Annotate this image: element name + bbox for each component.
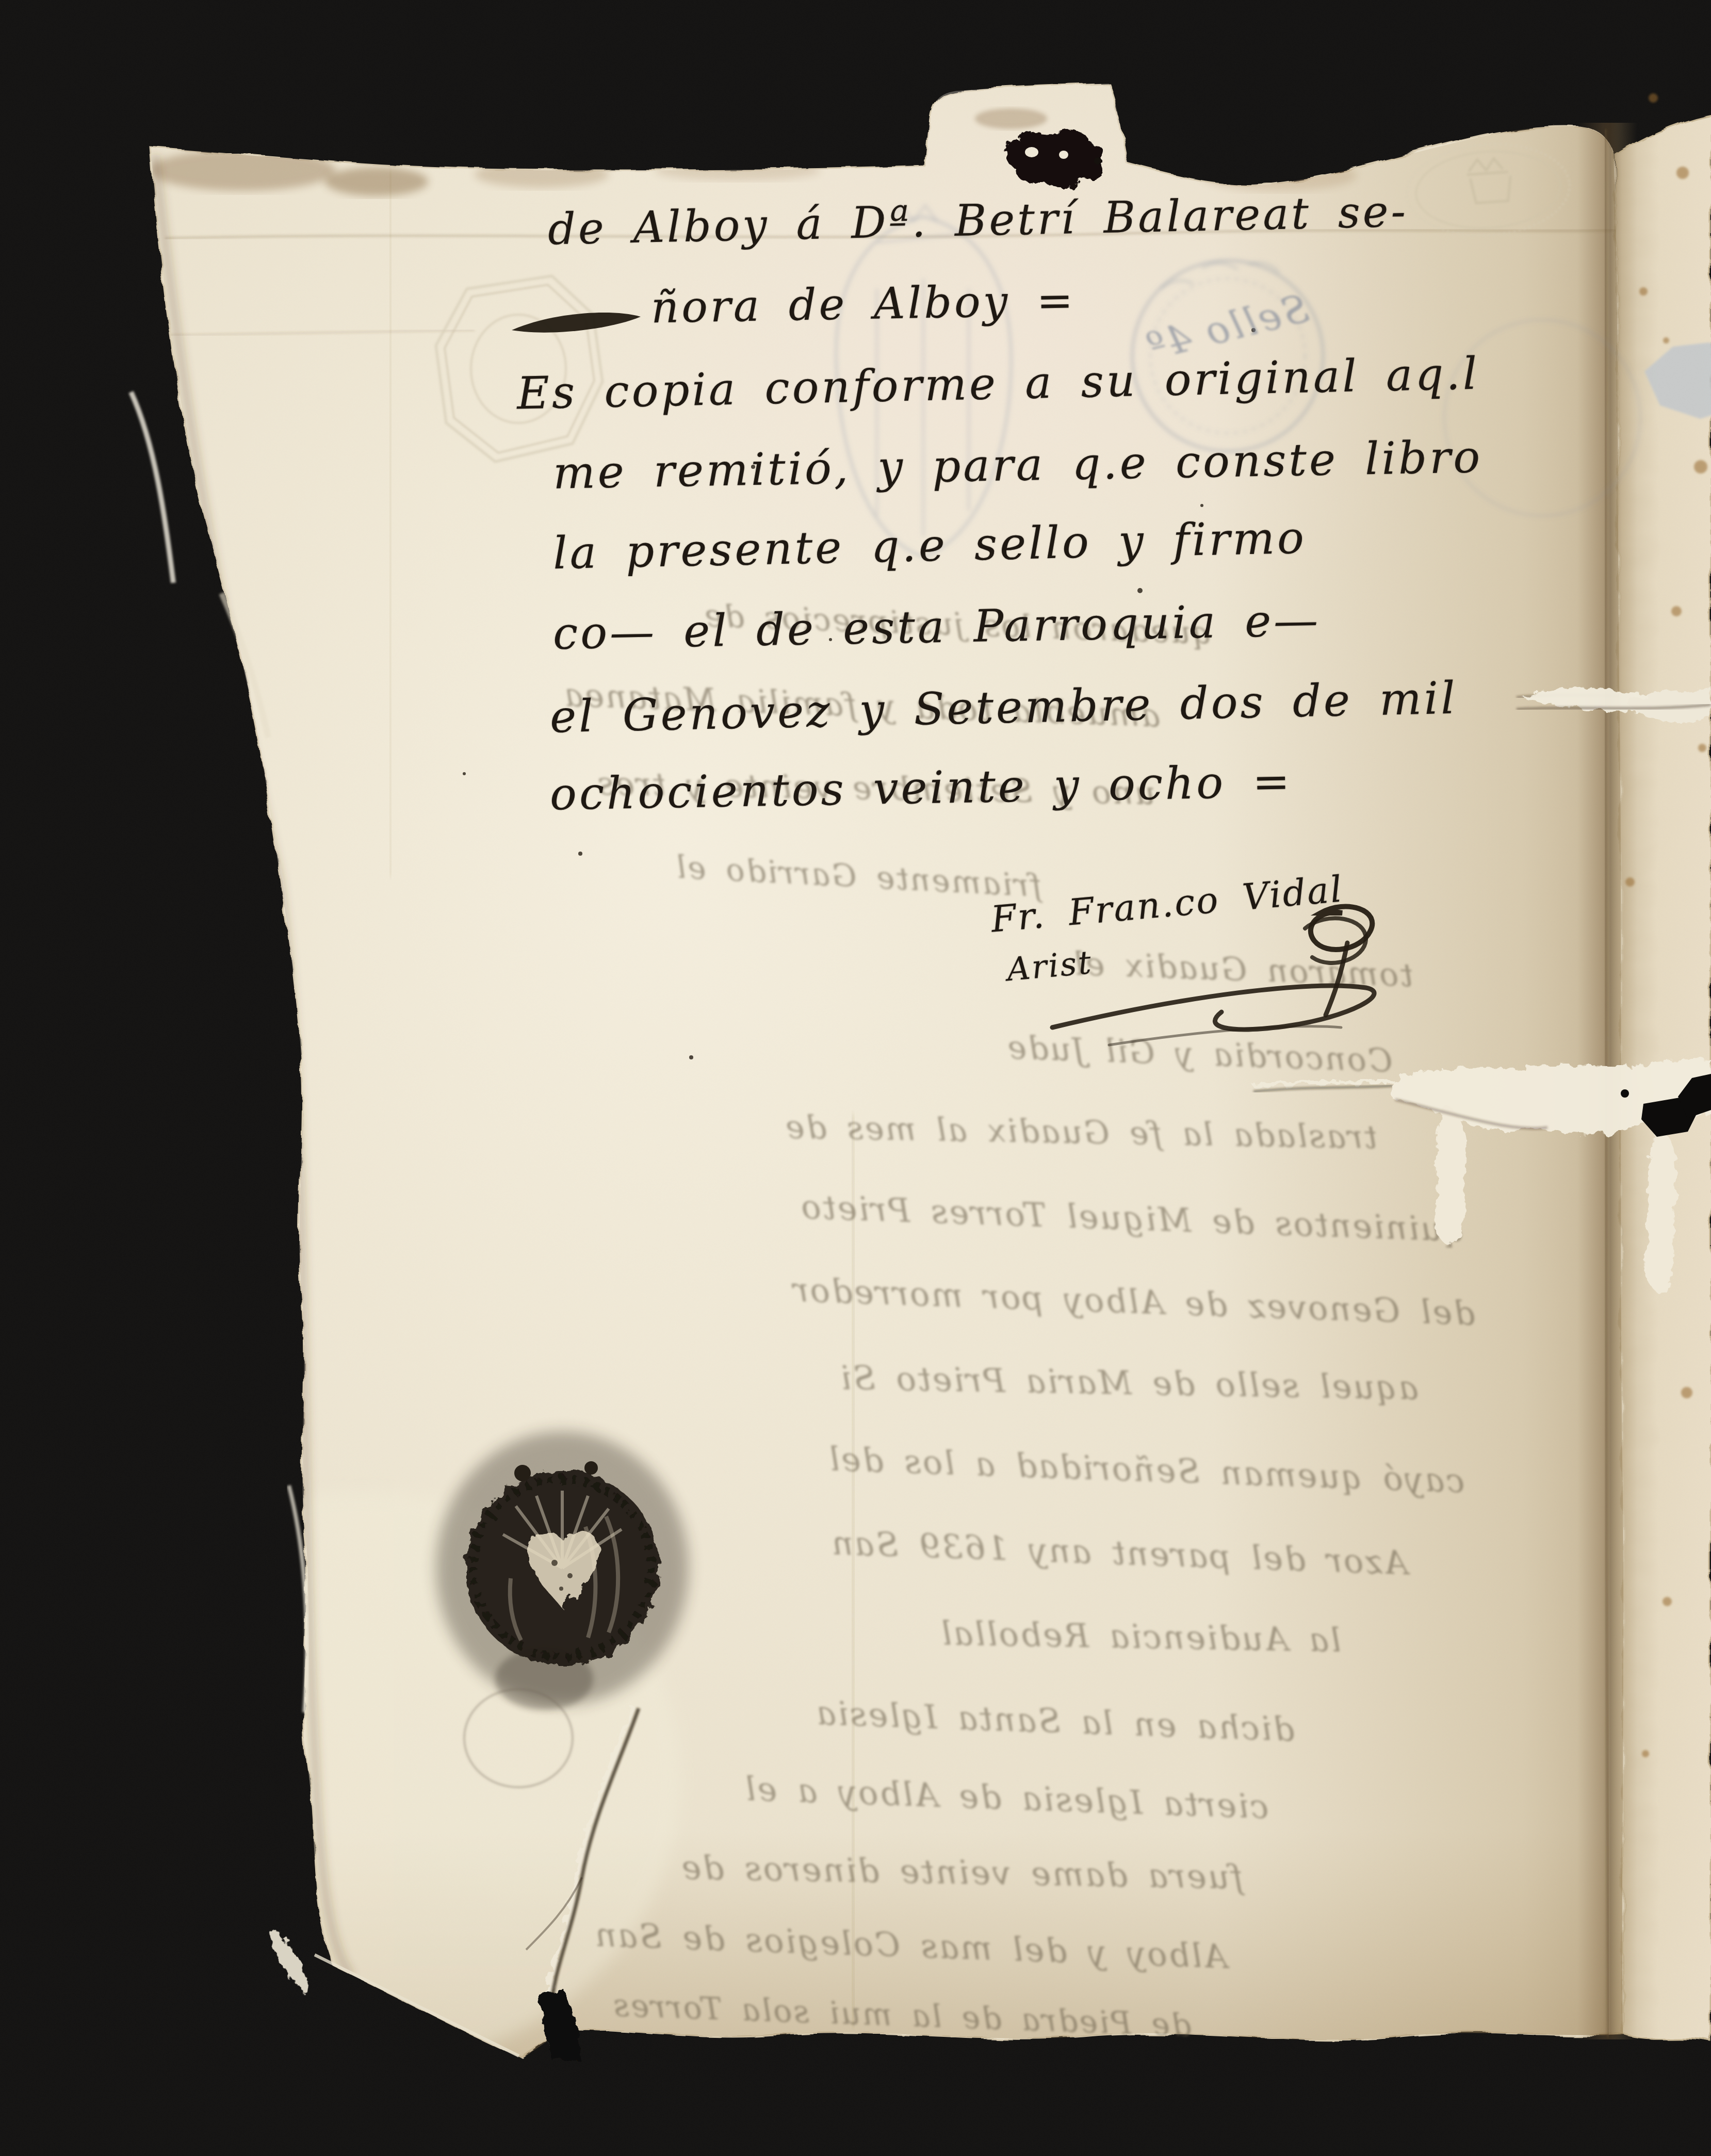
pen-flourish xyxy=(512,313,641,333)
sacred-heart-ink-seal xyxy=(436,1431,689,1710)
ink-blot-hole xyxy=(1005,130,1104,188)
paper-tear-bottom xyxy=(526,1707,639,2061)
signature-rubric xyxy=(1052,906,1374,1045)
paper-tear-small xyxy=(1517,687,1711,723)
torn-edge-slivers xyxy=(131,392,519,2056)
manuscript-photo: quedaron los justiprecios de amuebla tod… xyxy=(0,0,1711,2156)
page-foreground-art xyxy=(0,0,1711,2156)
paper-tear-large xyxy=(1253,1060,1711,1293)
